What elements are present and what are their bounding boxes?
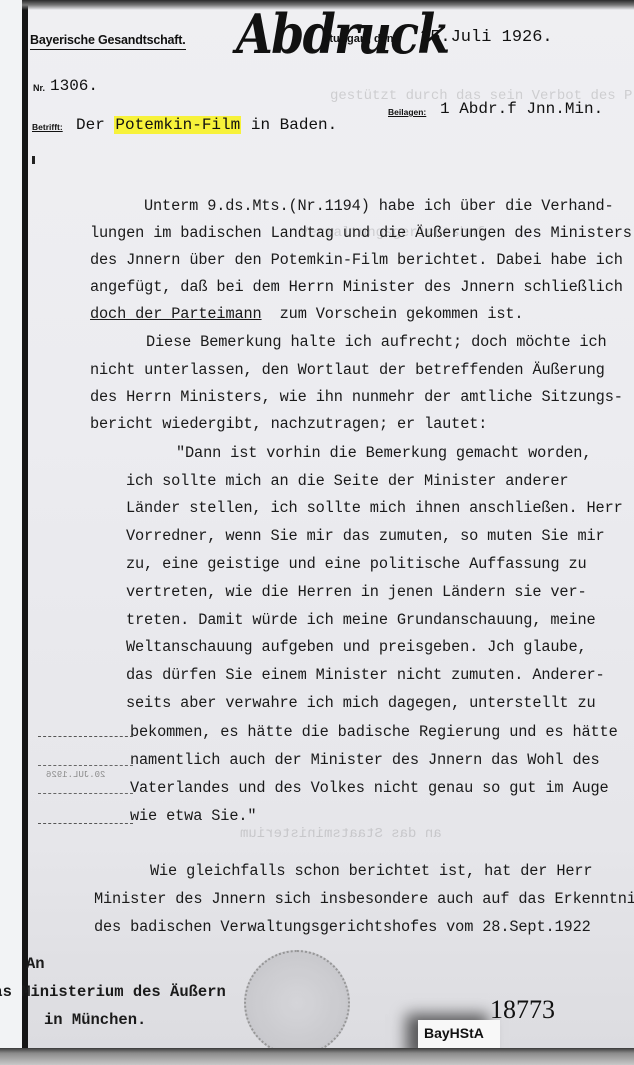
subject-prefix: Der xyxy=(76,116,114,134)
text-line: Vaterlandes und des Volkes nicht genau s… xyxy=(130,779,609,797)
address-line-3: in München. xyxy=(44,1011,146,1029)
text-line: nicht unterlassen, den Wortlaut der betr… xyxy=(90,361,605,379)
text-line: namentlich auch der Minister des Jnnern … xyxy=(130,751,600,769)
subject-label: Betrifft: xyxy=(32,122,63,132)
letterhead: Bayerische Gesandtschaft. xyxy=(30,33,186,50)
text-line: Unterm 9.ds.Mts.(Nr.1194) habe ich über … xyxy=(144,197,614,215)
text-line: bekommen, es hätte die badische Regierun… xyxy=(130,723,618,741)
text-line: des Jnnern über den Potemkin-Film berich… xyxy=(90,251,623,269)
subject-line: Der Potemkin-Film in Baden. xyxy=(76,116,337,134)
text-line: angefügt, daß bei dem Herrn Minister des… xyxy=(90,278,623,296)
text-line: Diese Bemerkung halte ich aufrecht; doch… xyxy=(146,333,607,351)
receipt-stamp-date: 20.JUL.1926 xyxy=(46,770,105,780)
enclosures-value: 1 Abdr.f Jnn.Min. xyxy=(440,100,603,118)
text-line: lungen im badischen Landtag und die Äuße… xyxy=(90,224,632,242)
subject-highlight: Potemkin-Film xyxy=(114,116,241,134)
text-line: bericht wiedergibt, nachzutragen; er lau… xyxy=(90,415,487,433)
document-date: 25.Juli 1926. xyxy=(420,28,553,47)
scan-margin xyxy=(0,0,22,1065)
text-line: seits aber verwahre ich mich dagegen, un… xyxy=(126,694,596,712)
text-line: des Herrn Ministers, wie ihn nunmehr der… xyxy=(90,388,623,406)
archive-name: BayHStA xyxy=(424,1025,484,1041)
address-line-1: An xyxy=(26,955,45,973)
text-line: Wie gleichfalls schon berichtet ist, hat… xyxy=(150,862,592,880)
underlined-phrase: doch der Parteimann xyxy=(90,305,262,323)
place-label: Stuttgart, den xyxy=(322,33,394,45)
text-line: wie etwa Sie." xyxy=(130,807,256,825)
text-line: Länder stellen, ich sollte mich ihnen an… xyxy=(126,499,623,517)
embossed-seal xyxy=(244,950,350,1056)
document-number: 1306. xyxy=(50,77,98,95)
text-line: das dürfen Sie einem Minister nicht zumu… xyxy=(126,666,605,684)
margin-mark xyxy=(32,156,35,164)
text-line: ich sollte mich an die Seite der Ministe… xyxy=(126,472,568,490)
receipt-stamp: 20.JUL.1926 xyxy=(38,736,133,824)
text-line: vertreten, wie die Herren in jenen Lände… xyxy=(126,583,587,601)
number-label: Nr. xyxy=(33,83,45,93)
text-line: treten. Damit würde ich meine Grundansch… xyxy=(126,611,596,629)
address-line-2: das Ministerium des Äußern xyxy=(0,983,226,1001)
text-line: doch der Parteimann zum Vorschein gekomm… xyxy=(90,305,523,323)
text-line: Weltanschauung aufgeben und preisgeben. … xyxy=(126,638,587,656)
subject-suffix: in Baden. xyxy=(241,116,337,134)
text-line: des badischen Verwaltungsgerichtshofes v… xyxy=(94,918,591,936)
text-line: "Dann ist vorhin die Bemerkung gemacht w… xyxy=(176,444,591,462)
enclosures-label: Beilagen: xyxy=(388,107,426,117)
text-line: zu, eine geistige und eine politische Au… xyxy=(126,555,587,573)
scan-shadow-bottom xyxy=(0,1048,634,1065)
bleed-through-text: an das Staatsministerium xyxy=(240,826,442,842)
text-line: Minister des Jnnern sich insbesondere au… xyxy=(94,890,634,908)
text-line: Vorredner, wenn Sie mir das zumuten, so … xyxy=(126,527,605,545)
